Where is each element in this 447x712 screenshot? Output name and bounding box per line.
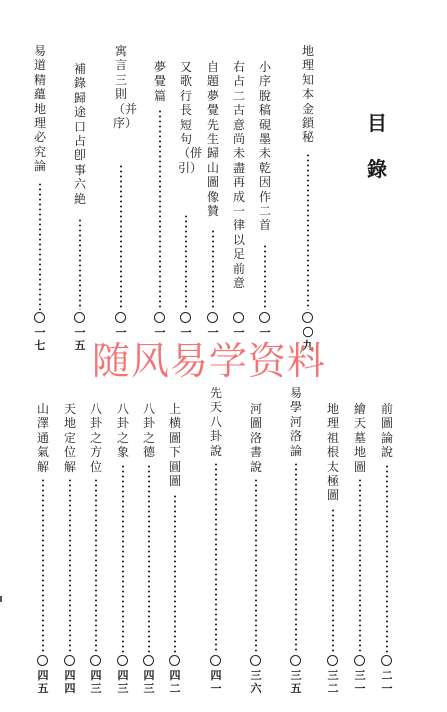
zero-circle-icon xyxy=(34,312,45,323)
toc-entry: 八卦之德四 三 xyxy=(141,402,157,460)
page-number: 三 六 xyxy=(248,669,264,695)
toc-entry: 夢覺篇一 xyxy=(152,60,168,103)
dot-leader xyxy=(159,109,161,310)
dot-leader xyxy=(212,229,214,310)
margin-mark xyxy=(0,596,6,602)
dot-leader xyxy=(185,214,187,310)
watermark: 随风易学资料 xyxy=(92,330,326,385)
page-number: 一 五 xyxy=(72,326,88,352)
page-number: 四 二 xyxy=(167,669,183,695)
page-number: 四 一 xyxy=(208,669,224,695)
dot-leader xyxy=(95,478,97,653)
zero-circle-icon xyxy=(143,655,154,666)
toc-entry: 又歌行長短句（併引）一 xyxy=(178,60,194,175)
toc-entry-title: 八卦之方位 xyxy=(88,402,104,474)
dot-leader xyxy=(122,464,124,653)
dot-leader xyxy=(42,478,44,653)
page-title: 目錄 xyxy=(362,100,392,192)
zero-circle-icon xyxy=(169,655,180,666)
page-number: 二 一 xyxy=(379,669,395,695)
zero-circle-icon xyxy=(250,655,261,666)
toc-entry: 上横圖下圓圖四 二 xyxy=(167,402,183,488)
toc-entry-title: 寓言三則（并序） xyxy=(113,44,129,130)
dot-leader xyxy=(386,464,388,653)
zero-circle-icon xyxy=(381,655,392,666)
page-number: 四 三 xyxy=(115,669,131,695)
toc-entry-title: 夢覺篇 xyxy=(152,60,168,103)
zero-circle-icon xyxy=(154,312,165,323)
toc-entry-title: 地理知本金鎖秘 xyxy=(300,44,316,145)
zero-circle-icon xyxy=(259,312,270,323)
toc-entry-title: 補錄歸途口占卽事六絶 xyxy=(72,62,88,206)
zero-circle-icon xyxy=(207,312,218,323)
dot-leader xyxy=(69,478,71,653)
dot-leader xyxy=(79,218,81,310)
dot-leader xyxy=(148,464,150,653)
toc-entry-title: 又歌行長短句（併引） xyxy=(178,60,194,175)
toc-entry: 自題夢覺先生歸山圖像贊一 xyxy=(205,60,221,218)
toc-entry: 八卦之象四 三 xyxy=(115,402,131,460)
dot-leader xyxy=(307,153,309,310)
zero-circle-icon xyxy=(37,655,48,666)
toc-entry: 小序脫稿硯墨未乾因作二首一 xyxy=(257,60,273,233)
toc-entry: 河圖洛書說三 六 xyxy=(248,402,264,474)
zero-circle-icon xyxy=(64,655,75,666)
toc-entry-title: 上横圖下圓圖 xyxy=(167,402,183,488)
page-number: 三 二 xyxy=(325,669,341,695)
dot-leader xyxy=(39,182,41,310)
dot-leader xyxy=(332,508,334,653)
toc-entry: 易道精蘊地理必究論一 七 xyxy=(32,44,48,174)
zero-circle-icon xyxy=(302,312,313,323)
zero-circle-icon xyxy=(327,655,338,666)
zero-circle-icon xyxy=(180,312,191,323)
dot-leader xyxy=(255,478,257,653)
dot-leader xyxy=(295,462,297,653)
zero-circle-icon xyxy=(233,312,244,323)
toc-entry: 地理祖根太極圖三 二 xyxy=(325,402,341,503)
toc-entry-title: 八卦之德 xyxy=(141,402,157,460)
toc-entry-title: 繪天墓地圖 xyxy=(352,402,368,474)
page-number: 一 七 xyxy=(32,326,48,352)
zero-circle-icon xyxy=(74,312,85,323)
dot-leader xyxy=(174,494,176,653)
toc-entry-title: 先天八卦說 xyxy=(208,386,224,458)
toc-entry-title: 小序脫稿硯墨未乾因作二首 xyxy=(257,60,273,233)
dot-leader xyxy=(264,244,266,310)
dot-leader xyxy=(238,309,240,310)
toc-entry-title: 河圖洛書說 xyxy=(248,402,264,474)
toc-entry: 先天八卦說四 一 xyxy=(208,386,224,458)
zero-circle-icon xyxy=(117,655,128,666)
dot-leader xyxy=(215,462,217,653)
dot-leader xyxy=(120,164,122,310)
page-number: 四 三 xyxy=(141,669,157,695)
dot-leader xyxy=(359,478,361,653)
toc-entry-title: 右占二古意尚未盡再成一律以足前意 xyxy=(231,60,247,291)
page-number: 三 一 xyxy=(352,669,368,695)
toc-entry: 右占二古意尚未盡再成一律以足前意一 xyxy=(231,60,247,291)
page-number: 四 四 xyxy=(62,669,78,695)
page-number: 三 五 xyxy=(288,669,304,695)
toc-entry-title: 易道精蘊地理必究論 xyxy=(32,44,48,174)
zero-circle-icon xyxy=(210,655,221,666)
toc-entry-title: 山澤通氣解 xyxy=(35,402,51,474)
toc-entry-title: 地理祖根太極圖 xyxy=(325,402,341,503)
toc-entry: 補錄歸途口占卽事六絶一 五 xyxy=(72,62,88,206)
toc-entry: 天地定位解四 四 xyxy=(62,402,78,474)
toc-entry-title: 易學河洛論 xyxy=(288,386,304,458)
page-number: 四 三 xyxy=(88,669,104,695)
toc-entry-title: 八卦之象 xyxy=(115,402,131,460)
toc-entry: 八卦之方位四 三 xyxy=(88,402,104,474)
toc-entry: 繪天墓地圖三 一 xyxy=(352,402,368,474)
toc-entry-title: 天地定位解 xyxy=(62,402,78,474)
toc-entry-title: 前圖論說 xyxy=(379,402,395,460)
zero-circle-icon xyxy=(90,655,101,666)
toc-entry-title: 自題夢覺先生歸山圖像贊 xyxy=(205,60,221,218)
zero-circle-icon xyxy=(354,655,365,666)
toc-entry: 山澤通氣解四 五 xyxy=(35,402,51,474)
page-number: 四 五 xyxy=(35,669,51,695)
toc-entry: 寓言三則（并序）一 xyxy=(113,44,129,130)
zero-circle-icon xyxy=(115,312,126,323)
zero-circle-icon xyxy=(290,655,301,666)
toc-entry: 前圖論說二 一 xyxy=(379,402,395,460)
toc-entry: 地理知本金鎖秘〇 九 xyxy=(300,44,316,145)
toc-entry: 易學河洛論三 五 xyxy=(288,386,304,458)
